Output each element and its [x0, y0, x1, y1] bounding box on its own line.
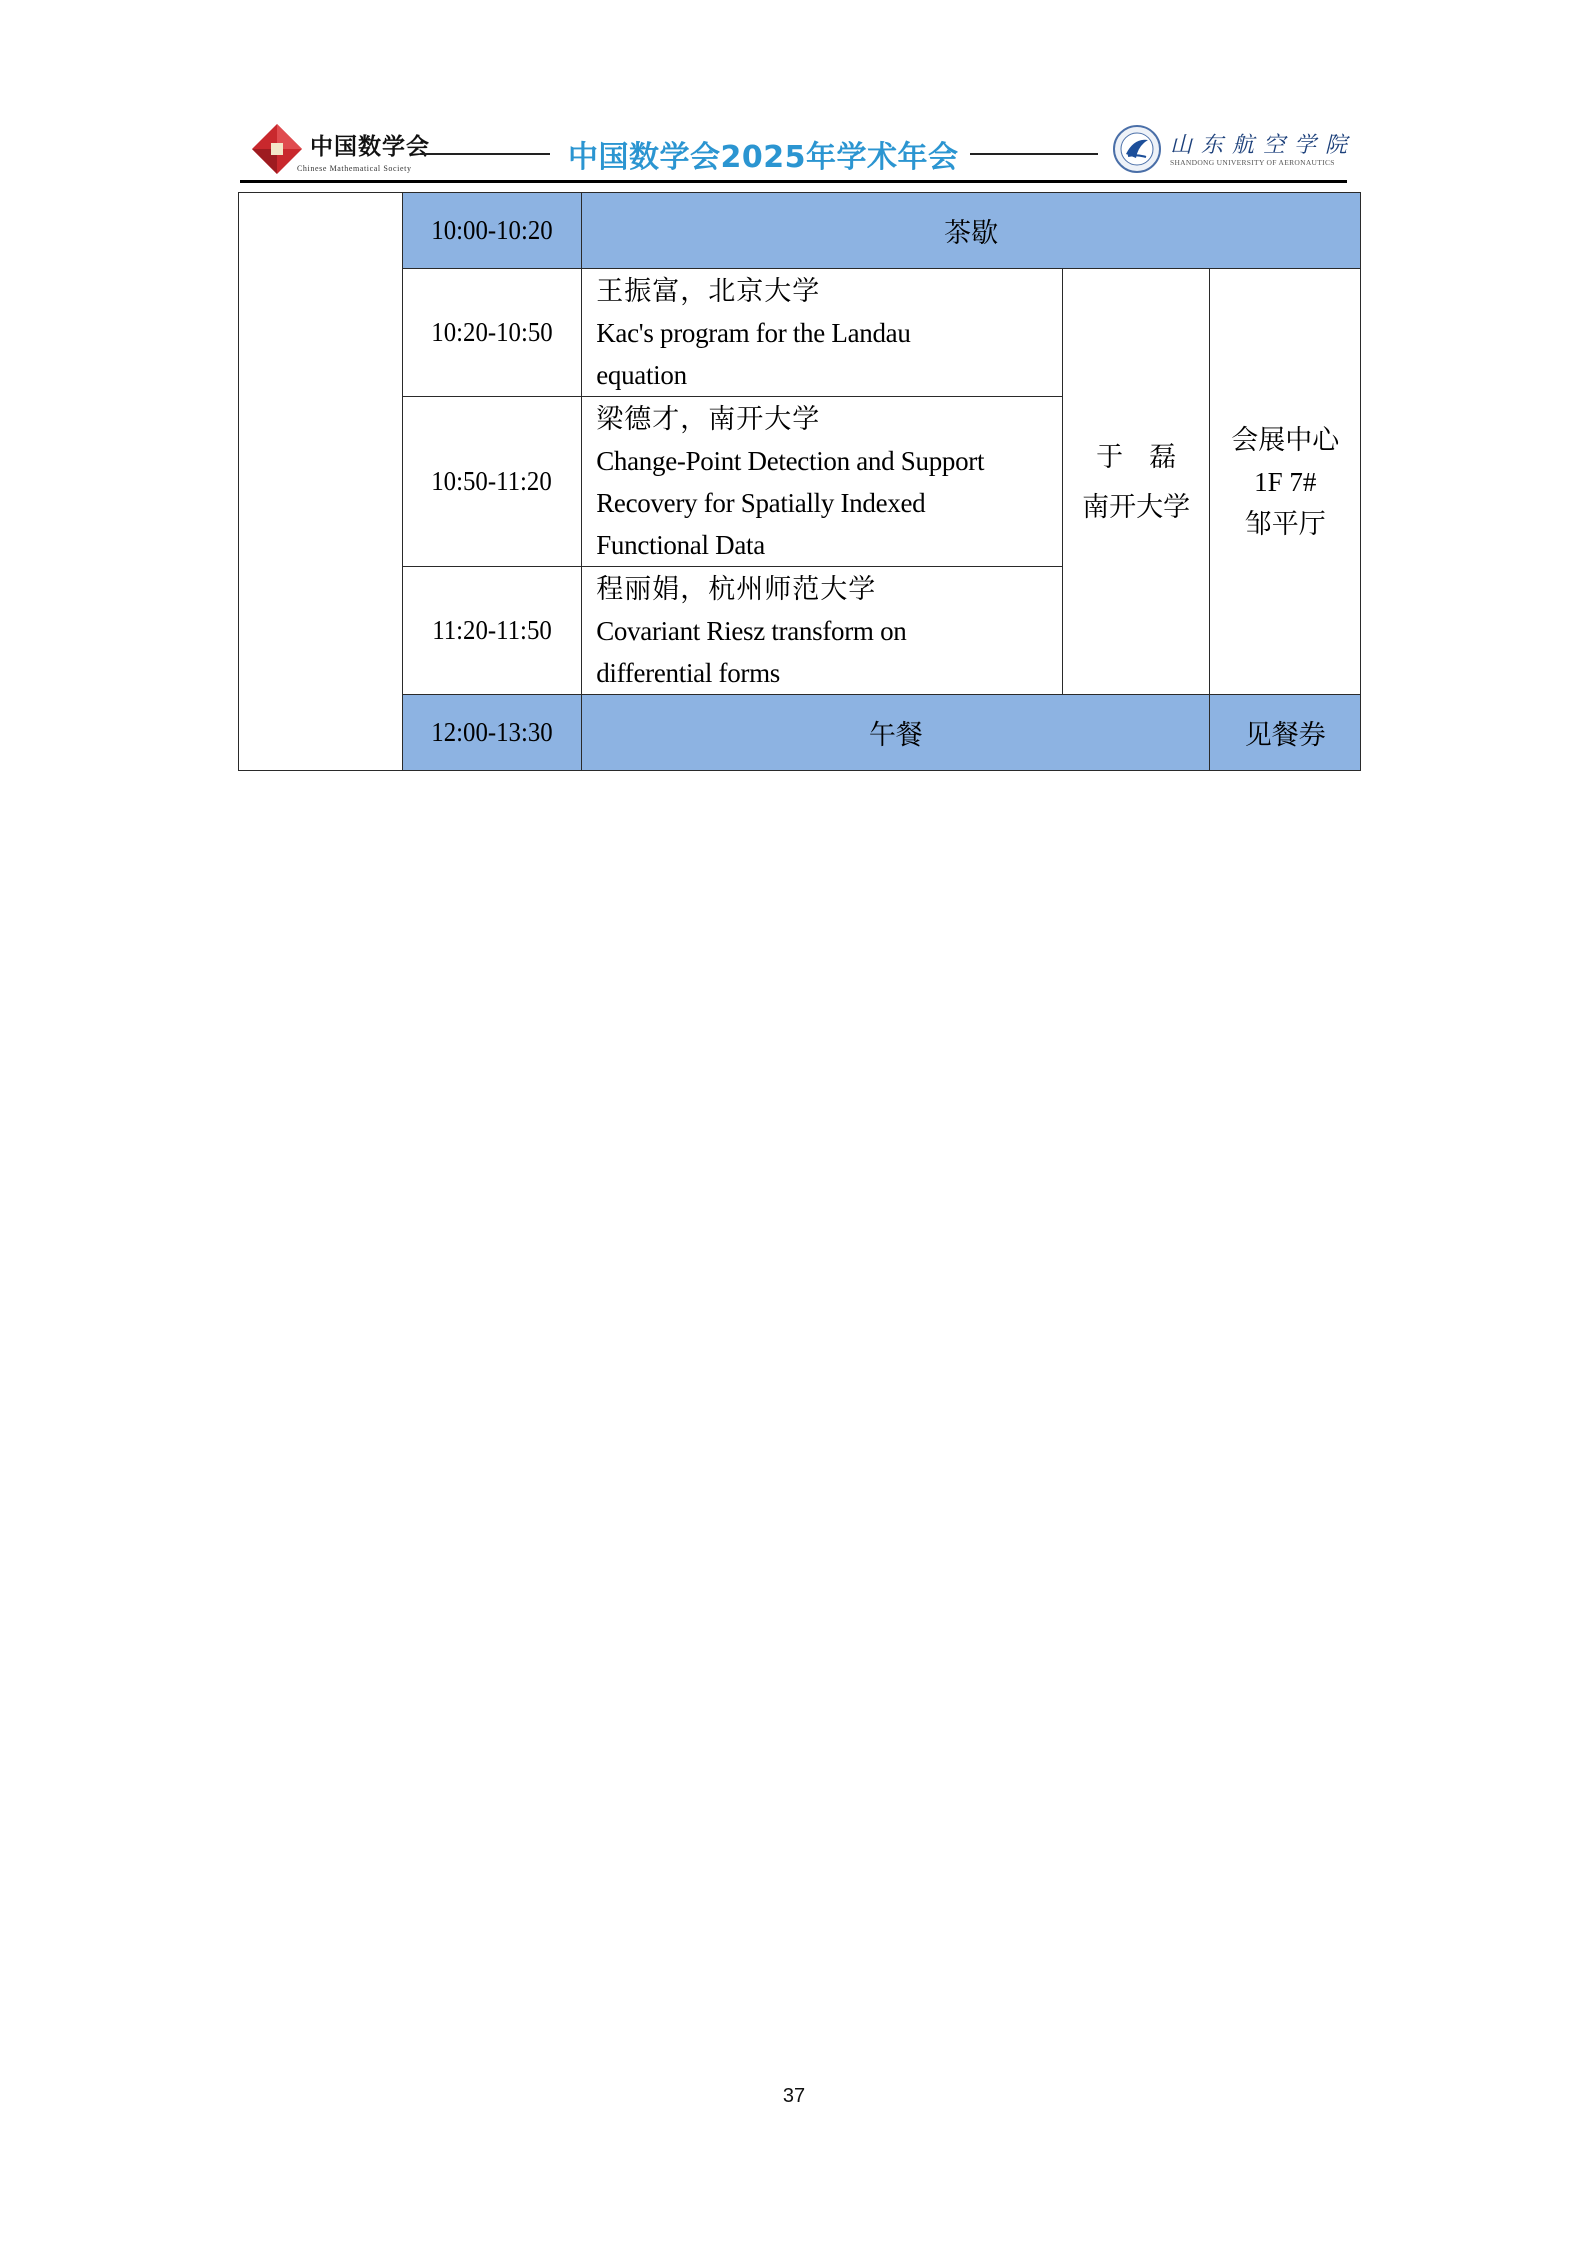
- university-emblem-icon: [1112, 124, 1162, 174]
- time-text: 12:00-13:30: [431, 717, 552, 748]
- table-row-tea-break: 10:00-10:20 茶歇: [239, 193, 1361, 269]
- talk-title-line: Functional Data: [596, 524, 1056, 566]
- lunch-cell: 午餐: [582, 695, 1210, 771]
- talk-title-line: equation: [596, 354, 1056, 396]
- talk-cell: 梁德才，南开大学 Change-Point Detection and Supp…: [582, 397, 1063, 567]
- talk-title-line: Change-Point Detection and Support: [596, 440, 1056, 482]
- time-cell: 10:20-10:50: [402, 269, 582, 397]
- table-row-talk: 10:20-10:50 王振富，北京大学 Kac's program for t…: [239, 269, 1361, 397]
- talk-title-line: differential forms: [596, 652, 1056, 694]
- time-text: 11:20-11:50: [432, 615, 552, 646]
- header-divider-right: [970, 153, 1098, 155]
- meal-voucher-cell: 见餐券: [1210, 695, 1361, 771]
- chair-cell: 于磊 南开大学: [1062, 269, 1210, 695]
- time-text: 10:50-11:20: [432, 466, 553, 497]
- time-cell: 11:20-11:50: [402, 567, 582, 695]
- cms-logo-icon: [250, 122, 304, 176]
- talk-cell: 王振富，北京大学 Kac's program for the Landau eq…: [582, 269, 1063, 397]
- university-logo-text: 山东航空学院: [1170, 128, 1356, 159]
- time-cell: 10:50-11:20: [402, 397, 582, 567]
- header-divider-left: [420, 153, 550, 155]
- table-row-lunch: 12:00-13:30 午餐 见餐券: [239, 695, 1361, 771]
- room-line: 1F 7#: [1210, 461, 1360, 503]
- chair-name: 于磊: [1063, 432, 1210, 482]
- speaker-name: 王振富，北京大学: [596, 270, 1056, 312]
- date-cell: [239, 193, 403, 771]
- lunch-label: 午餐: [869, 720, 923, 750]
- page-number: 37: [0, 2085, 1588, 2108]
- cms-logo-text: 中国数学会: [310, 128, 430, 161]
- page-title: 中国数学会2025年学术年会: [568, 132, 959, 176]
- time-cell: 12:00-13:30: [402, 695, 582, 771]
- schedule-table: 10:00-10:20 茶歇 10:20-10:50 王振富，北京大学 Kac'…: [238, 192, 1361, 771]
- chair-affiliation: 南开大学: [1082, 492, 1190, 522]
- room-cell: 会展中心 1F 7# 邹平厅: [1210, 269, 1361, 695]
- tea-break-label: 茶歇: [944, 218, 998, 248]
- time-text: 10:20-10:50: [431, 317, 552, 348]
- meal-voucher-note: 见餐券: [1245, 720, 1326, 750]
- time-text: 10:00-10:20: [431, 215, 552, 246]
- room-line: 邹平厅: [1210, 503, 1360, 545]
- talk-title-line: Kac's program for the Landau: [596, 312, 1056, 354]
- page-header: 中国数学会 Chinese Mathematical Society 中国数学会…: [0, 0, 1588, 190]
- speaker-name: 梁德才，南开大学: [596, 398, 1056, 440]
- talk-cell: 程丽娟，杭州师范大学 Covariant Riesz transform on …: [582, 567, 1063, 695]
- cms-logo-subtitle: Chinese Mathematical Society: [297, 164, 412, 173]
- room-line: 会展中心: [1210, 419, 1360, 461]
- university-logo-subtitle: SHANDONG UNIVERSITY OF AERONAUTICS: [1170, 158, 1335, 167]
- header-rule: [240, 180, 1347, 183]
- tea-break-cell: 茶歇: [582, 193, 1361, 269]
- talk-title-line: Covariant Riesz transform on: [596, 610, 1056, 652]
- talk-title-line: Recovery for Spatially Indexed: [596, 482, 1056, 524]
- time-cell: 10:00-10:20: [402, 193, 582, 269]
- speaker-name: 程丽娟，杭州师范大学: [596, 568, 1056, 610]
